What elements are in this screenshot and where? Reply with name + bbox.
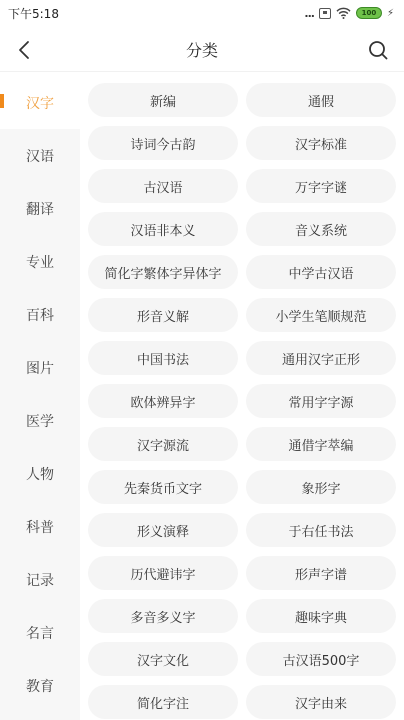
wifi-icon <box>336 7 351 19</box>
category-item[interactable]: 形声字谱 <box>246 556 396 590</box>
back-button[interactable] <box>14 38 36 62</box>
sidebar-item-hanyu[interactable]: 汉语 <box>0 129 80 182</box>
sidebar-item-label: 图片 <box>26 358 54 378</box>
category-item[interactable]: 新编 <box>88 83 238 117</box>
sidebar-item-label: 翻译 <box>26 199 54 219</box>
category-item[interactable]: 形义演释 <box>88 513 238 547</box>
sidebar-item-mingyan[interactable]: 名言 <box>0 606 80 659</box>
more-dots-icon: ... <box>304 7 314 20</box>
sidebar-item-jilu[interactable]: 记录 <box>0 553 80 606</box>
sidebar-item-renwu[interactable]: 人物 <box>0 447 80 500</box>
category-item[interactable]: 汉字由来 <box>246 685 396 719</box>
sidebar-item-yixue[interactable]: 医学 <box>0 394 80 447</box>
sidebar-item-label: 名言 <box>26 623 54 643</box>
sidebar-item-label: 汉字 <box>26 93 54 113</box>
search-icon <box>366 38 390 62</box>
sidebar-item-label: 记录 <box>26 570 54 590</box>
category-item[interactable]: 简化字繁体字异体字 <box>88 255 238 289</box>
category-item[interactable]: 象形字 <box>246 470 396 504</box>
category-item[interactable]: 历代避讳字 <box>88 556 238 590</box>
category-grid: 新编 通假 诗词今古韵 汉字标准 古汉语 万字字谜 汉语非本义 音义系统 简化字… <box>88 83 396 719</box>
category-item[interactable]: 通假 <box>246 83 396 117</box>
category-item[interactable]: 先秦货币文字 <box>88 470 238 504</box>
category-item[interactable]: 音义系统 <box>246 212 396 246</box>
category-item[interactable]: 古汉语500字 <box>246 642 396 676</box>
sidebar-item-zhuanye[interactable]: 专业 <box>0 235 80 288</box>
category-item[interactable]: 诗词今古韵 <box>88 126 238 160</box>
sidebar-item-label: 教育 <box>26 676 54 696</box>
sidebar-item-label: 科普 <box>26 517 54 537</box>
chevron-left-icon <box>14 38 36 62</box>
sidebar-item-label: 人物 <box>26 464 54 484</box>
sim-icon <box>319 8 331 19</box>
category-item[interactable]: 通借字萃编 <box>246 427 396 461</box>
category-item[interactable]: 于右任书法 <box>246 513 396 547</box>
category-item[interactable]: 小学生笔顺规范 <box>246 298 396 332</box>
sidebar-item-baike[interactable]: 百科 <box>0 288 80 341</box>
app-header: 分类 <box>0 28 404 72</box>
category-item[interactable]: 汉字源流 <box>88 427 238 461</box>
category-item[interactable]: 汉字标准 <box>246 126 396 160</box>
sidebar-item-label: 医学 <box>26 411 54 431</box>
category-item[interactable]: 形音义解 <box>88 298 238 332</box>
active-indicator <box>0 94 4 108</box>
category-item[interactable]: 中国书法 <box>88 341 238 375</box>
sidebar-item-label: 百科 <box>26 305 54 325</box>
category-item[interactable]: 汉语非本义 <box>88 212 238 246</box>
category-item[interactable]: 常用字字源 <box>246 384 396 418</box>
status-bar: 下午5:18 ... 100 ⚡ <box>0 0 404 26</box>
sidebar-item-fanyi[interactable]: 翻译 <box>0 182 80 235</box>
category-item[interactable]: 多音多义字 <box>88 599 238 633</box>
search-button[interactable] <box>366 38 390 62</box>
category-sidebar: 汉字 汉语 翻译 专业 百科 图片 医学 人物 科普 记录 名言 教育 <box>0 76 80 720</box>
page-title: 分类 <box>186 38 218 61</box>
category-item[interactable]: 通用汉字正形 <box>246 341 396 375</box>
sidebar-item-label: 专业 <box>26 252 54 272</box>
sidebar-item-jiaoyu[interactable]: 教育 <box>0 659 80 712</box>
category-item[interactable]: 简化字注 <box>88 685 238 719</box>
status-icons: ... 100 ⚡ <box>304 7 394 20</box>
status-time: 下午5:18 <box>8 5 59 22</box>
sidebar-item-hanzi[interactable]: 汉字 <box>0 76 80 129</box>
sidebar-item-label: 汉语 <box>26 146 54 166</box>
category-item[interactable]: 古汉语 <box>88 169 238 203</box>
category-item[interactable]: 汉字文化 <box>88 642 238 676</box>
category-item[interactable]: 趣味字典 <box>246 599 396 633</box>
category-item[interactable]: 中学古汉语 <box>246 255 396 289</box>
battery-icon: 100 <box>356 7 382 19</box>
sidebar-item-kepu[interactable]: 科普 <box>0 500 80 553</box>
charging-icon: ⚡ <box>387 8 394 19</box>
sidebar-item-tupian[interactable]: 图片 <box>0 341 80 394</box>
category-item[interactable]: 万字字谜 <box>246 169 396 203</box>
category-item[interactable]: 欧体辨异字 <box>88 384 238 418</box>
